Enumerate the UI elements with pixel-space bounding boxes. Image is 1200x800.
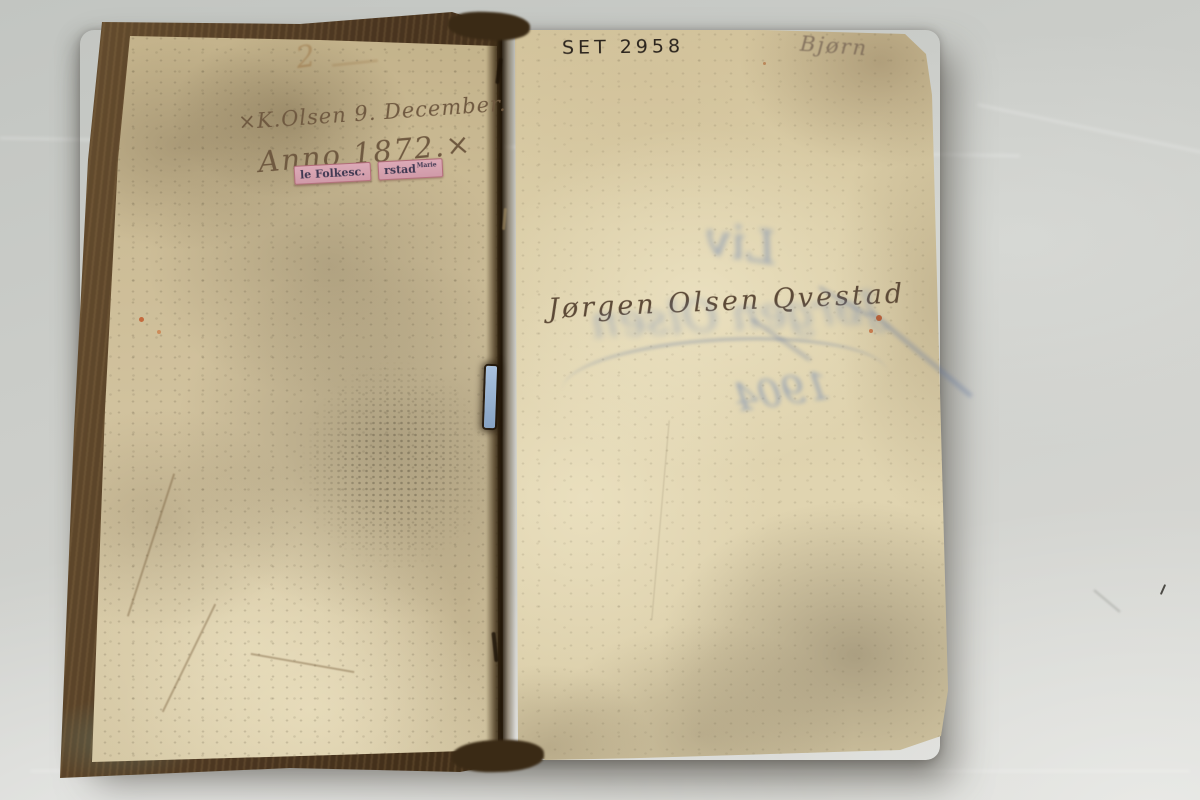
rust-speck xyxy=(876,315,882,321)
spine-frayed-bottom xyxy=(451,738,544,773)
pink-label-left: le Folkesc. xyxy=(294,162,372,185)
rust-speck xyxy=(157,330,161,334)
pink-label-right-small-text: Marie xyxy=(417,162,437,169)
corner-pencil-note: Bjørn xyxy=(799,32,869,61)
rust-speck xyxy=(139,317,144,322)
left-page-mold-speckle-cloud xyxy=(300,360,490,570)
pink-label-right-text: rstad xyxy=(384,163,417,178)
photo-antique-book: SET 2958 Bjørn 2 ×K.Olsen 9. December. A… xyxy=(0,0,1200,800)
tissue-fiber-speck xyxy=(1160,584,1166,595)
tissue-crease xyxy=(1093,589,1120,612)
catalog-number-inscription: SET 2958 xyxy=(562,35,684,59)
ink-showthrough-word: Liv xyxy=(701,211,780,275)
tissue-crease xyxy=(977,104,1200,155)
rust-speck xyxy=(869,329,873,333)
bookmark-ribbon xyxy=(484,366,497,428)
pink-label-right: rstadMarie xyxy=(378,158,444,180)
rust-speck xyxy=(763,62,766,65)
